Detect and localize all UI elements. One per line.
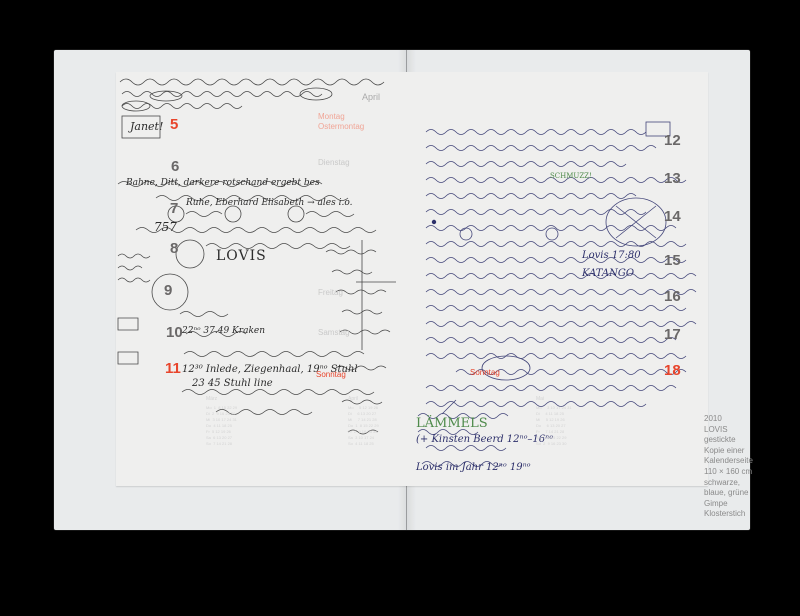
mini-calendar-maerz: März Mo 1 8 15 22 29 Di 2 9 16 23 30 Mi … — [206, 396, 237, 447]
handwriting-top-line: Bahne, Ditt, darkere rotschand ergebt be… — [126, 178, 320, 188]
handwriting-bottom-b: (+ Kinsten Beerd 12ⁿᵒ–16ⁿᵒ — [416, 434, 553, 445]
handwriting-scribbles — [116, 72, 708, 486]
day-number-6: 6 — [171, 158, 179, 175]
caption-title: LOVIS — [704, 425, 764, 436]
caption-line: gestickte — [704, 435, 764, 446]
caption-dimensions: 110 × 160 cm — [704, 467, 764, 478]
embroidered-calendar-artwork: April 5 Montag Ostermontag 6 Dienstag 7 … — [116, 72, 708, 486]
day-number-12: 12 — [664, 132, 681, 149]
mini-calendar-row: So 2 9 16 23 30 — [536, 441, 572, 447]
mini-calendar-title: April — [348, 396, 379, 402]
day-number-17: 17 — [664, 326, 681, 343]
month-label: April — [362, 92, 380, 102]
caption-technique: Klosterstich — [704, 509, 764, 520]
caption-line: Kopie einer — [704, 446, 764, 457]
day-number-13: 13 — [664, 170, 681, 187]
day-number-10: 10 — [166, 324, 183, 341]
mini-calendar-row: So 4 11 18 25 — [348, 441, 379, 447]
mini-calendar-row: So 7 14 21 28 — [206, 441, 237, 447]
handwriting-day-11-b: 23 45 Stuhl line — [192, 378, 273, 389]
open-catalogue-spread: April 5 Montag Ostermontag 6 Dienstag 7 … — [54, 50, 750, 530]
mini-calendar-title: Mai — [536, 396, 572, 402]
caption-line: schwarze, — [704, 478, 764, 489]
weekday-dienstag: Dienstag — [318, 158, 350, 167]
weekday-freitag: Freitag — [318, 288, 343, 297]
mini-calendar-april: April Mo 5 12 19 26 Di 6 13 20 27 Mi 7 1… — [348, 396, 379, 447]
caption-line: Kalenderseite — [704, 456, 764, 467]
mini-calendar-mai: Mai Mo 3 10 17 24 31 Di 4 11 18 25 Mi 5 … — [536, 396, 572, 447]
holiday-ostermontag: Ostermontag — [318, 122, 364, 131]
caption-line: Gimpe — [704, 499, 764, 510]
caption-line: blaue, grüne — [704, 488, 764, 499]
handwriting-day-7: Ruhe, Eberhard Elisabeth → ales i.o. — [186, 198, 352, 208]
handwriting-lovis-right: Lovis 17:80 — [582, 250, 641, 261]
handwriting-janet: Janet! — [130, 120, 163, 133]
day-number-18: 18 — [664, 362, 681, 379]
weekday-montag: Montag — [318, 112, 345, 121]
artwork-caption: 2010 LOVIS gestickte Kopie einer Kalende… — [704, 414, 764, 520]
caption-year: 2010 — [704, 414, 764, 425]
handwriting-schmuzz: SCHMUZZ! — [550, 172, 592, 180]
weekday-samstag: Samstag — [318, 328, 350, 337]
day-number-15: 15 — [664, 252, 681, 269]
day-number-14: 14 — [664, 208, 681, 225]
handwriting-lammels: LÄMMELS — [416, 416, 488, 431]
day-number-8: 8 — [170, 240, 178, 257]
handwriting-day-11: 12³⁰ Inlede, Ziegenhaal, 19ⁿᵒ Stuhl — [182, 364, 358, 375]
handwriting-757: 757 — [154, 220, 177, 234]
handwriting-bottom: Lovis im Jahr 12ⁿᵒ 19ⁿᵒ — [416, 462, 531, 473]
day-number-5: 5 — [170, 116, 178, 133]
mini-calendar-title: März — [206, 396, 237, 402]
handwriting-day-10: 22ⁿᵒ 37.49 Kraken — [182, 326, 265, 336]
weekday-sonntag-right: Sonntag — [470, 368, 500, 377]
day-number-16: 16 — [664, 288, 681, 305]
day-number-11: 11 — [165, 360, 181, 377]
handwriting-katango: KATANGO — [582, 268, 634, 279]
day-number-7: 7 — [170, 200, 178, 217]
handwriting-lovis: LOVIS — [216, 248, 267, 264]
day-number-9: 9 — [164, 282, 172, 299]
